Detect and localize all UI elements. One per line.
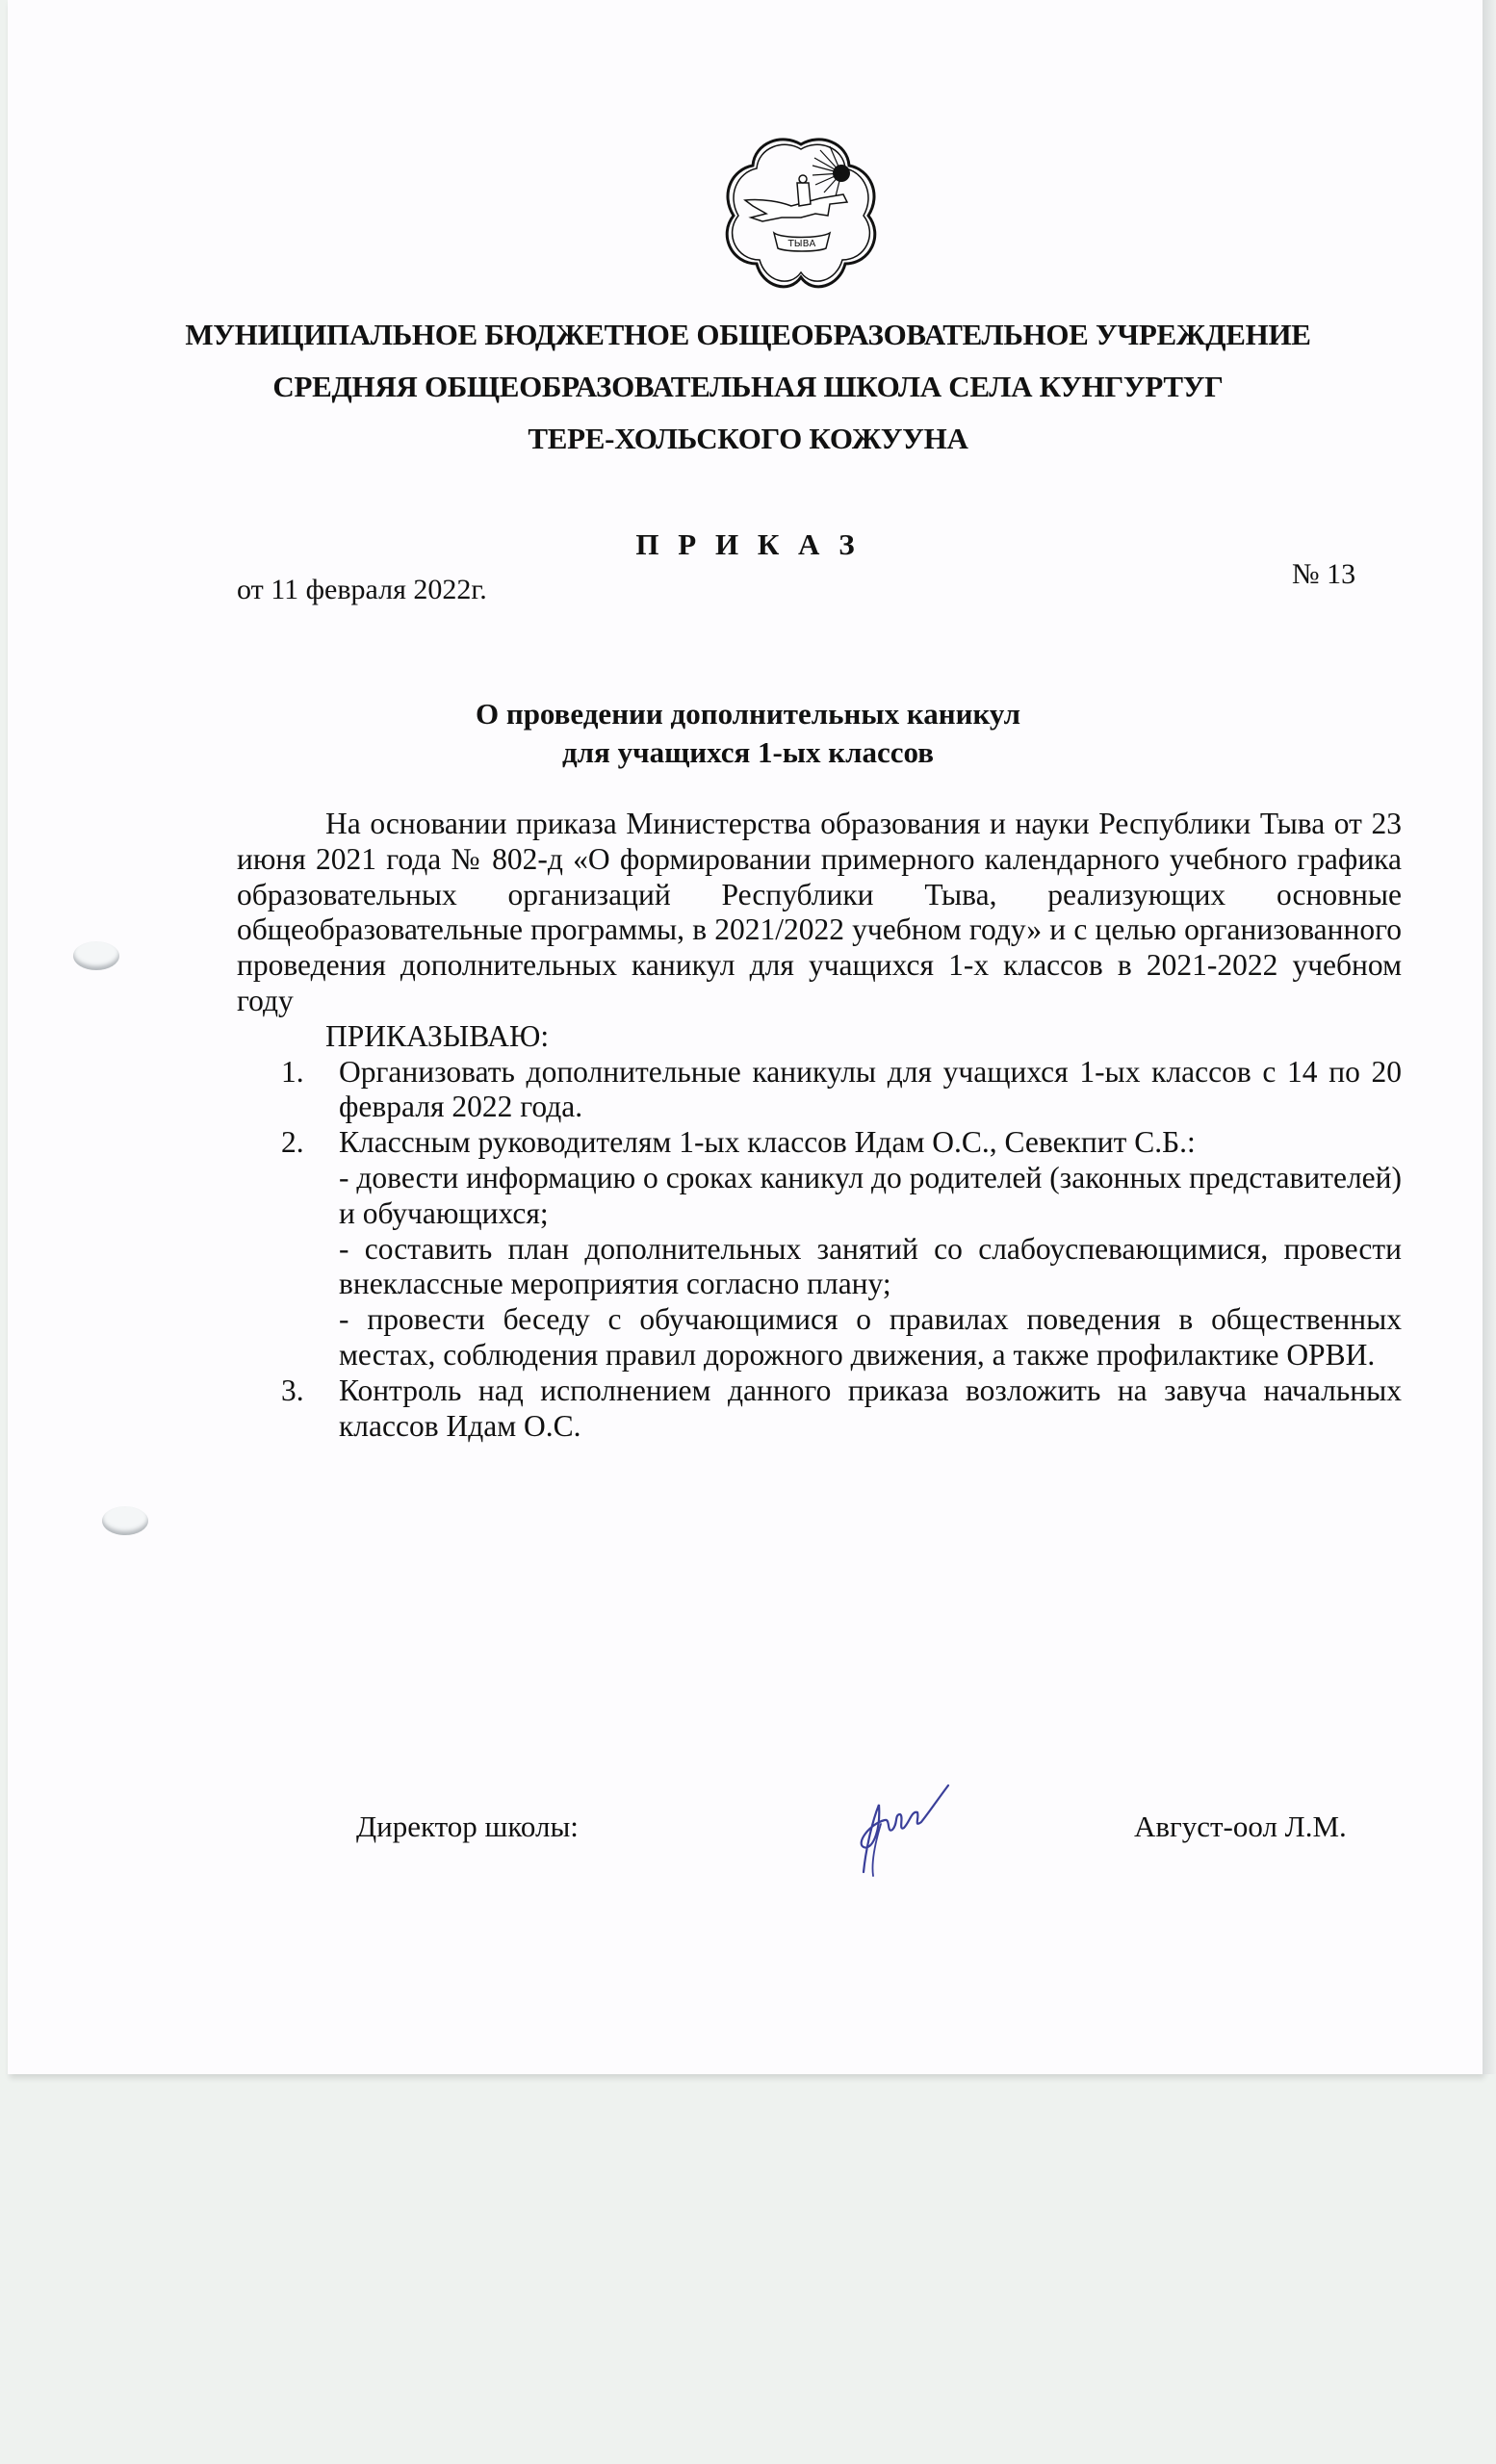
item-text: Классным руководителям 1-ых классов Идам… [339,1125,1402,1161]
punch-hole-bottom [102,1506,148,1535]
order-items-list: 1. Организовать дополнительные каникулы … [237,1055,1402,1445]
item-text: Контроль над исполнением данного приказа… [339,1373,1402,1443]
item-number: 2. [281,1125,304,1161]
institution-name-line-3: ТЕРЕ-ХОЛЬСКОГО КОЖУУНА [0,422,1496,456]
preamble-paragraph: На основании приказа Министерства образо… [237,807,1402,1019]
order-subject: О проведении дополнительных каникул для … [0,695,1496,772]
item-number: 1. [281,1055,304,1091]
institution-name-line-2: СРЕДНЯЯ ОБЩЕОБРАЗОВАТЕЛЬНАЯ ШКОЛА СЕЛА К… [0,370,1496,404]
sub-item: - провести беседу с обучающимися о прави… [339,1302,1402,1373]
order-date: от 11 февраля 2022г. [237,574,487,606]
order-item: 2. Классным руководителям 1-ых классов И… [237,1125,1402,1373]
svg-text:ТЫВА: ТЫВА [787,239,816,249]
sub-item: - довести информацию о сроках каникул до… [339,1161,1402,1232]
order-body: На основании приказа Министерства образо… [237,807,1402,1444]
order-title: П Р И К А З [0,527,1496,562]
item-number: 3. [281,1373,304,1409]
directive-heading: ПРИКАЗЫВАЮ: [237,1019,1402,1055]
subject-line-1: О проведении дополнительных каникул [0,695,1496,733]
order-number: № 13 [1292,558,1355,591]
order-item: 1. Организовать дополнительные каникулы … [237,1055,1402,1126]
sub-item: - составить план дополнительных занятий … [339,1232,1402,1303]
punch-hole-top [73,941,119,970]
signatory-name: Август-оол Л.М. [1134,1809,1347,1844]
handwritten-signature-icon [842,1776,967,1882]
tuva-coat-of-arms-icon: ТЫВА [724,135,878,294]
order-item: 3. Контроль над исполнением данного прик… [237,1373,1402,1445]
subject-line-2: для учащихся 1-ых классов [0,733,1496,772]
page-edge-shadow [1483,0,1496,2074]
signatory-position: Директор школы: [356,1809,579,1844]
item-text: Организовать дополнительные каникулы для… [339,1055,1402,1124]
institution-name-line-1: МУНИЦИПАЛЬНОЕ БЮДЖЕТНОЕ ОБЩЕОБРАЗОВАТЕЛЬ… [0,318,1496,352]
